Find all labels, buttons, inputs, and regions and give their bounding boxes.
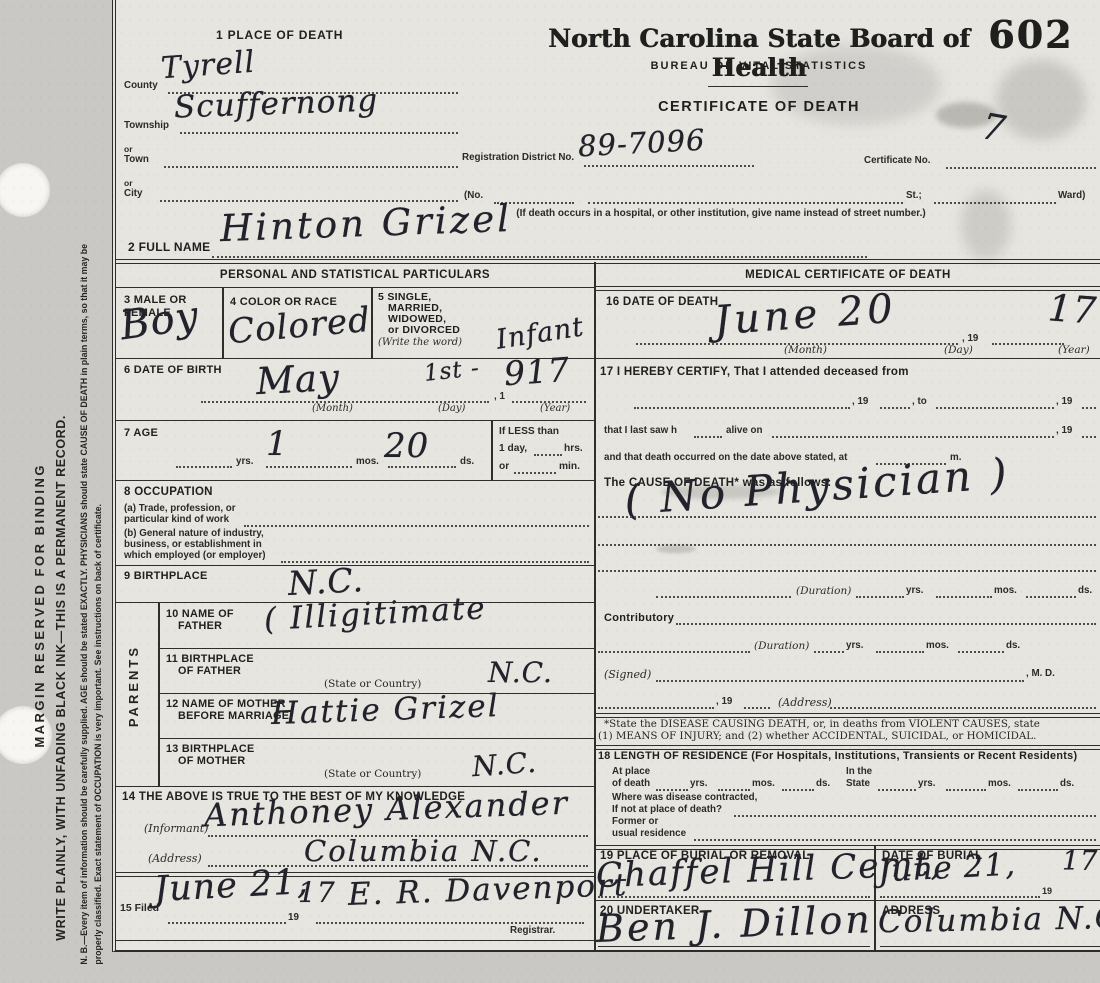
cause-footnote: (1) MEANS OF INJURY; and (2) whether ACC… [598, 730, 1036, 742]
mother-birthplace-value: N.C. [471, 746, 538, 783]
date-of-death-value: June 20 [713, 286, 899, 345]
year-hint: (Year) [1058, 344, 1090, 356]
dotted-line [694, 434, 722, 438]
of-death-label: of death [612, 778, 650, 789]
birthplace-label: 9 BIRTHPLACE [124, 570, 208, 582]
rule [880, 946, 1100, 947]
header-divider [708, 86, 808, 87]
parents-label: PARENTS [126, 645, 141, 727]
month-hint: (Month) [784, 344, 827, 356]
undertaker-address-value: Columbia N.C. [878, 900, 1100, 940]
dotted-line [316, 920, 584, 924]
occupation-b-label: which employed (or employer) [124, 550, 266, 561]
medical-section-title: MEDICAL CERTIFICATE OF DEATH [594, 269, 1100, 281]
cell-divider [158, 602, 160, 786]
scan-smudge [996, 60, 1086, 140]
dotted-line [164, 164, 458, 168]
father-name-label: FATHER [178, 620, 222, 632]
org-title: North Carolina State Board of Health [544, 24, 974, 82]
city-label: City [124, 188, 143, 199]
printed-19: , 19 [852, 396, 868, 407]
section-divider [116, 259, 1100, 264]
date-of-death-label: 16 DATE OF DEATH [606, 296, 718, 308]
dotted-line [992, 341, 1064, 345]
bureau-subtitle: BUREAU OF VITAL STATISTICS [544, 60, 974, 72]
residence-label: 18 LENGTH OF RESIDENCE (For Hospitals, I… [598, 750, 1077, 762]
duration-hint: (Duration) [754, 640, 809, 652]
yrs-label: yrs. [846, 640, 863, 651]
father-name-label: 10 NAME OF [166, 608, 234, 620]
dotted-line [782, 787, 814, 791]
section-place-of-death: 1 PLACE OF DEATH [216, 28, 343, 42]
state-label: State [846, 778, 870, 789]
dotted-line [1026, 594, 1076, 598]
filed-year-value: 17 [298, 876, 336, 909]
burial-date-value: June 21, [877, 846, 1017, 889]
dotted-line [694, 837, 1096, 841]
dotted-line [656, 678, 1024, 682]
rule [158, 738, 594, 739]
dotted-line [958, 649, 1004, 653]
occupation-label: 8 OCCUPATION [124, 486, 213, 498]
rule [116, 940, 594, 941]
former-residence-label: Former or [612, 816, 658, 827]
township-value: Scuffernong [173, 82, 378, 125]
margin-binding-note: MARGIN RESERVED FOR BINDING [32, 463, 47, 748]
registration-district-label: Registration District No. [462, 152, 574, 163]
dotted-line [946, 165, 1096, 169]
dotted-line [656, 594, 791, 598]
personal-section-title: PERSONAL AND STATISTICAL PARTICULARS [116, 269, 594, 281]
age-yrs-label: yrs. [236, 456, 253, 467]
ds-label: ds. [1006, 640, 1020, 651]
dotted-line [634, 405, 850, 409]
dotted-line [588, 200, 903, 204]
hospital-note: (If death occurs in a hospital, or other… [426, 208, 1016, 219]
mos-label: mos. [752, 778, 775, 789]
in-the-label: In the [846, 766, 872, 777]
dotted-line [598, 705, 714, 709]
min-label: min. [559, 461, 580, 472]
dotted-line [534, 452, 562, 456]
dotted-line [598, 568, 1096, 572]
age-label: 7 AGE [124, 427, 158, 439]
hrs-label: hrs. [564, 443, 583, 454]
certificate-no-label: Certificate No. [864, 155, 930, 166]
death-certificate-scan: MARGIN RESERVED FOR BINDING WRITE PLAINL… [0, 0, 1100, 983]
certify-label: 17 I HEREBY CERTIFY, That I attended dec… [600, 366, 909, 378]
signed-hint: (Signed) [604, 668, 651, 681]
dotted-line [734, 813, 1096, 817]
informant-address-value: Columbia N.C. [304, 834, 543, 868]
rule [158, 648, 594, 649]
marital-value: Infant [494, 311, 586, 355]
dotted-line [168, 920, 286, 924]
alive-on-label: alive on [726, 425, 762, 436]
certificate-stamp-number: 602 [988, 12, 1073, 57]
month-hint: (Month) [312, 403, 353, 414]
dotted-line [830, 705, 1096, 709]
sex-value: Boy [117, 293, 202, 350]
dotted-line [1082, 434, 1096, 438]
father-birthplace-value: N.C. [488, 656, 553, 689]
burial-year-value: 17 [1062, 846, 1098, 877]
age-ds-value: 20 [384, 426, 429, 466]
ds-label: ds. [816, 778, 830, 789]
town-label: Town [124, 154, 149, 165]
yrs-label: yrs. [906, 585, 923, 596]
father-birthplace-label: OF FATHER [178, 665, 241, 677]
ward-label: Ward) [1058, 190, 1085, 201]
certificate-no-value: 7 [979, 106, 1010, 151]
dotted-line [936, 594, 992, 598]
dotted-line [176, 464, 232, 468]
mos-label: mos. [994, 585, 1017, 596]
ds-label: ds. [1078, 585, 1092, 596]
margin-permanent-note: WRITE PLAINLY, WITH UNFADING BLACK INK—T… [54, 415, 68, 941]
address-hint: (Address) [148, 852, 202, 865]
township-label: Township [124, 120, 169, 131]
rule [598, 946, 870, 947]
duration-hint: (Duration) [796, 585, 851, 597]
dob-year-value: 917 [503, 350, 572, 394]
printed-19: , 19 [1056, 396, 1072, 407]
county-value: Tyrell [160, 45, 256, 86]
yrs-label: yrs. [690, 778, 707, 789]
marital-hint: (Write the word) [378, 337, 462, 348]
dotted-line [1082, 405, 1096, 409]
age-ds-label: ds. [460, 456, 474, 467]
printed-19: , 19 [962, 333, 978, 344]
dotted-line [212, 254, 867, 258]
dotted-line [598, 514, 1096, 518]
dotted-line [180, 130, 458, 134]
mother-name-label: 12 NAME OF MOTHER [166, 698, 286, 710]
yrs-label: yrs. [918, 778, 935, 789]
dotted-line [814, 649, 844, 653]
cell-divider [222, 288, 224, 358]
informant-hint: (Informant) [144, 822, 208, 835]
rule [594, 358, 1100, 359]
address-hint: (Address) [778, 696, 832, 709]
dotted-line [514, 470, 556, 474]
certificate-form: 1 PLACE OF DEATH North Carolina State Bo… [112, 0, 1100, 952]
dotted-line [598, 649, 750, 653]
cause-footnote: *State the DISEASE CAUSING DEATH, or, in… [604, 718, 1040, 730]
age-mos-label: mos. [356, 456, 379, 467]
or-label: or [124, 144, 133, 154]
dotted-line [946, 787, 986, 791]
dotted-line [936, 405, 1054, 409]
printed-19: 19 [1042, 886, 1052, 896]
printed-19: 19 [288, 912, 299, 923]
rule [116, 480, 594, 481]
marital-label: or DIVORCED [388, 324, 460, 336]
at-place-label: At place [612, 766, 650, 777]
rule [116, 287, 594, 288]
dotted-line [876, 649, 924, 653]
one-day-label: 1 day, [499, 443, 527, 454]
pencil-mark [656, 545, 696, 553]
state-country-hint: (State or Country) [324, 768, 421, 780]
day-hint: (Day) [944, 344, 973, 356]
filed-date-value: June 21, [153, 862, 310, 910]
dotted-line [878, 787, 916, 791]
former-residence-label: usual residence [612, 828, 686, 839]
registration-district-value: 89-7096 [577, 123, 706, 164]
printed-19: , 19 [1056, 425, 1072, 436]
printed-to: , to [912, 396, 927, 407]
dotted-line [934, 200, 1056, 204]
cell-divider [371, 288, 373, 358]
certificate-title: CERTIFICATE OF DEATH [544, 99, 974, 115]
dob-day-value: 1st - [423, 355, 481, 387]
day-hint: (Day) [438, 403, 465, 414]
dotted-line [676, 621, 1096, 625]
age-mos-value: 1 [266, 424, 289, 464]
dotted-line [244, 523, 589, 527]
dotted-line [1018, 787, 1058, 791]
printed-19: , 19 [716, 696, 732, 707]
dotted-line [772, 434, 1054, 438]
dotted-line [266, 464, 352, 468]
state-country-hint: (State or Country) [324, 678, 421, 690]
disease-contracted-label: Where was disease contracted, [612, 792, 757, 803]
margin-note-line2: properly classified. Exact statement of … [93, 504, 103, 965]
full-name-label: 2 FULL NAME [128, 240, 210, 254]
occupation-b-label: business, or establishment in [124, 539, 262, 550]
ds-label: ds. [1060, 778, 1074, 789]
margin-note-line1: N. B.—Every item of information should b… [79, 244, 89, 965]
md-label: , M. D. [1026, 668, 1055, 679]
dotted-line [598, 542, 1096, 546]
dotted-line [880, 405, 910, 409]
death-year-value: 17 [1047, 286, 1099, 332]
last-saw-label: that I last saw h [604, 425, 677, 436]
filed-label: 15 Filed [120, 902, 159, 914]
dotted-line [744, 705, 770, 709]
registrar-label: Registrar. [510, 925, 555, 936]
dotted-line [718, 787, 750, 791]
printed-year-prefix: , 1 [494, 391, 505, 402]
dotted-line [656, 787, 688, 791]
dotted-line [856, 594, 904, 598]
punch-hole-top [0, 163, 50, 217]
dotted-line [880, 894, 1040, 898]
occupation-a-label: particular kind of work [124, 514, 229, 525]
county-label: County [124, 80, 158, 91]
undertaker-value: Ben J. Dillon [595, 897, 873, 951]
cell-divider [491, 420, 493, 480]
dotted-line [584, 163, 754, 167]
street-label: St.; [906, 190, 922, 201]
disease-contracted-label: If not at place of death? [612, 804, 722, 815]
occupation-a-label: (a) Trade, profession, or [124, 503, 236, 514]
mother-name-value: Hattie Grizel [270, 688, 500, 732]
mother-birthplace-label: 13 BIRTHPLACE [166, 743, 255, 755]
mother-birthplace-label: OF MOTHER [178, 755, 245, 767]
dotted-line [598, 894, 870, 898]
mos-label: mos. [988, 778, 1011, 789]
occupation-b-label: (b) General nature of industry, [124, 528, 264, 539]
father-birthplace-label: 11 BIRTHPLACE [166, 653, 254, 665]
if-less-label: If LESS than [499, 426, 559, 437]
rule [116, 420, 594, 421]
contributory-label: Contributory [604, 612, 674, 624]
dob-month-value: May [255, 356, 341, 403]
dob-label: 6 DATE OF BIRTH [124, 364, 222, 376]
mos-label: mos. [926, 640, 949, 651]
or-label: or [499, 461, 509, 472]
or-label: or [124, 178, 133, 188]
full-name-value: Hinton Grizel [219, 197, 512, 250]
year-hint: (Year) [540, 403, 570, 414]
